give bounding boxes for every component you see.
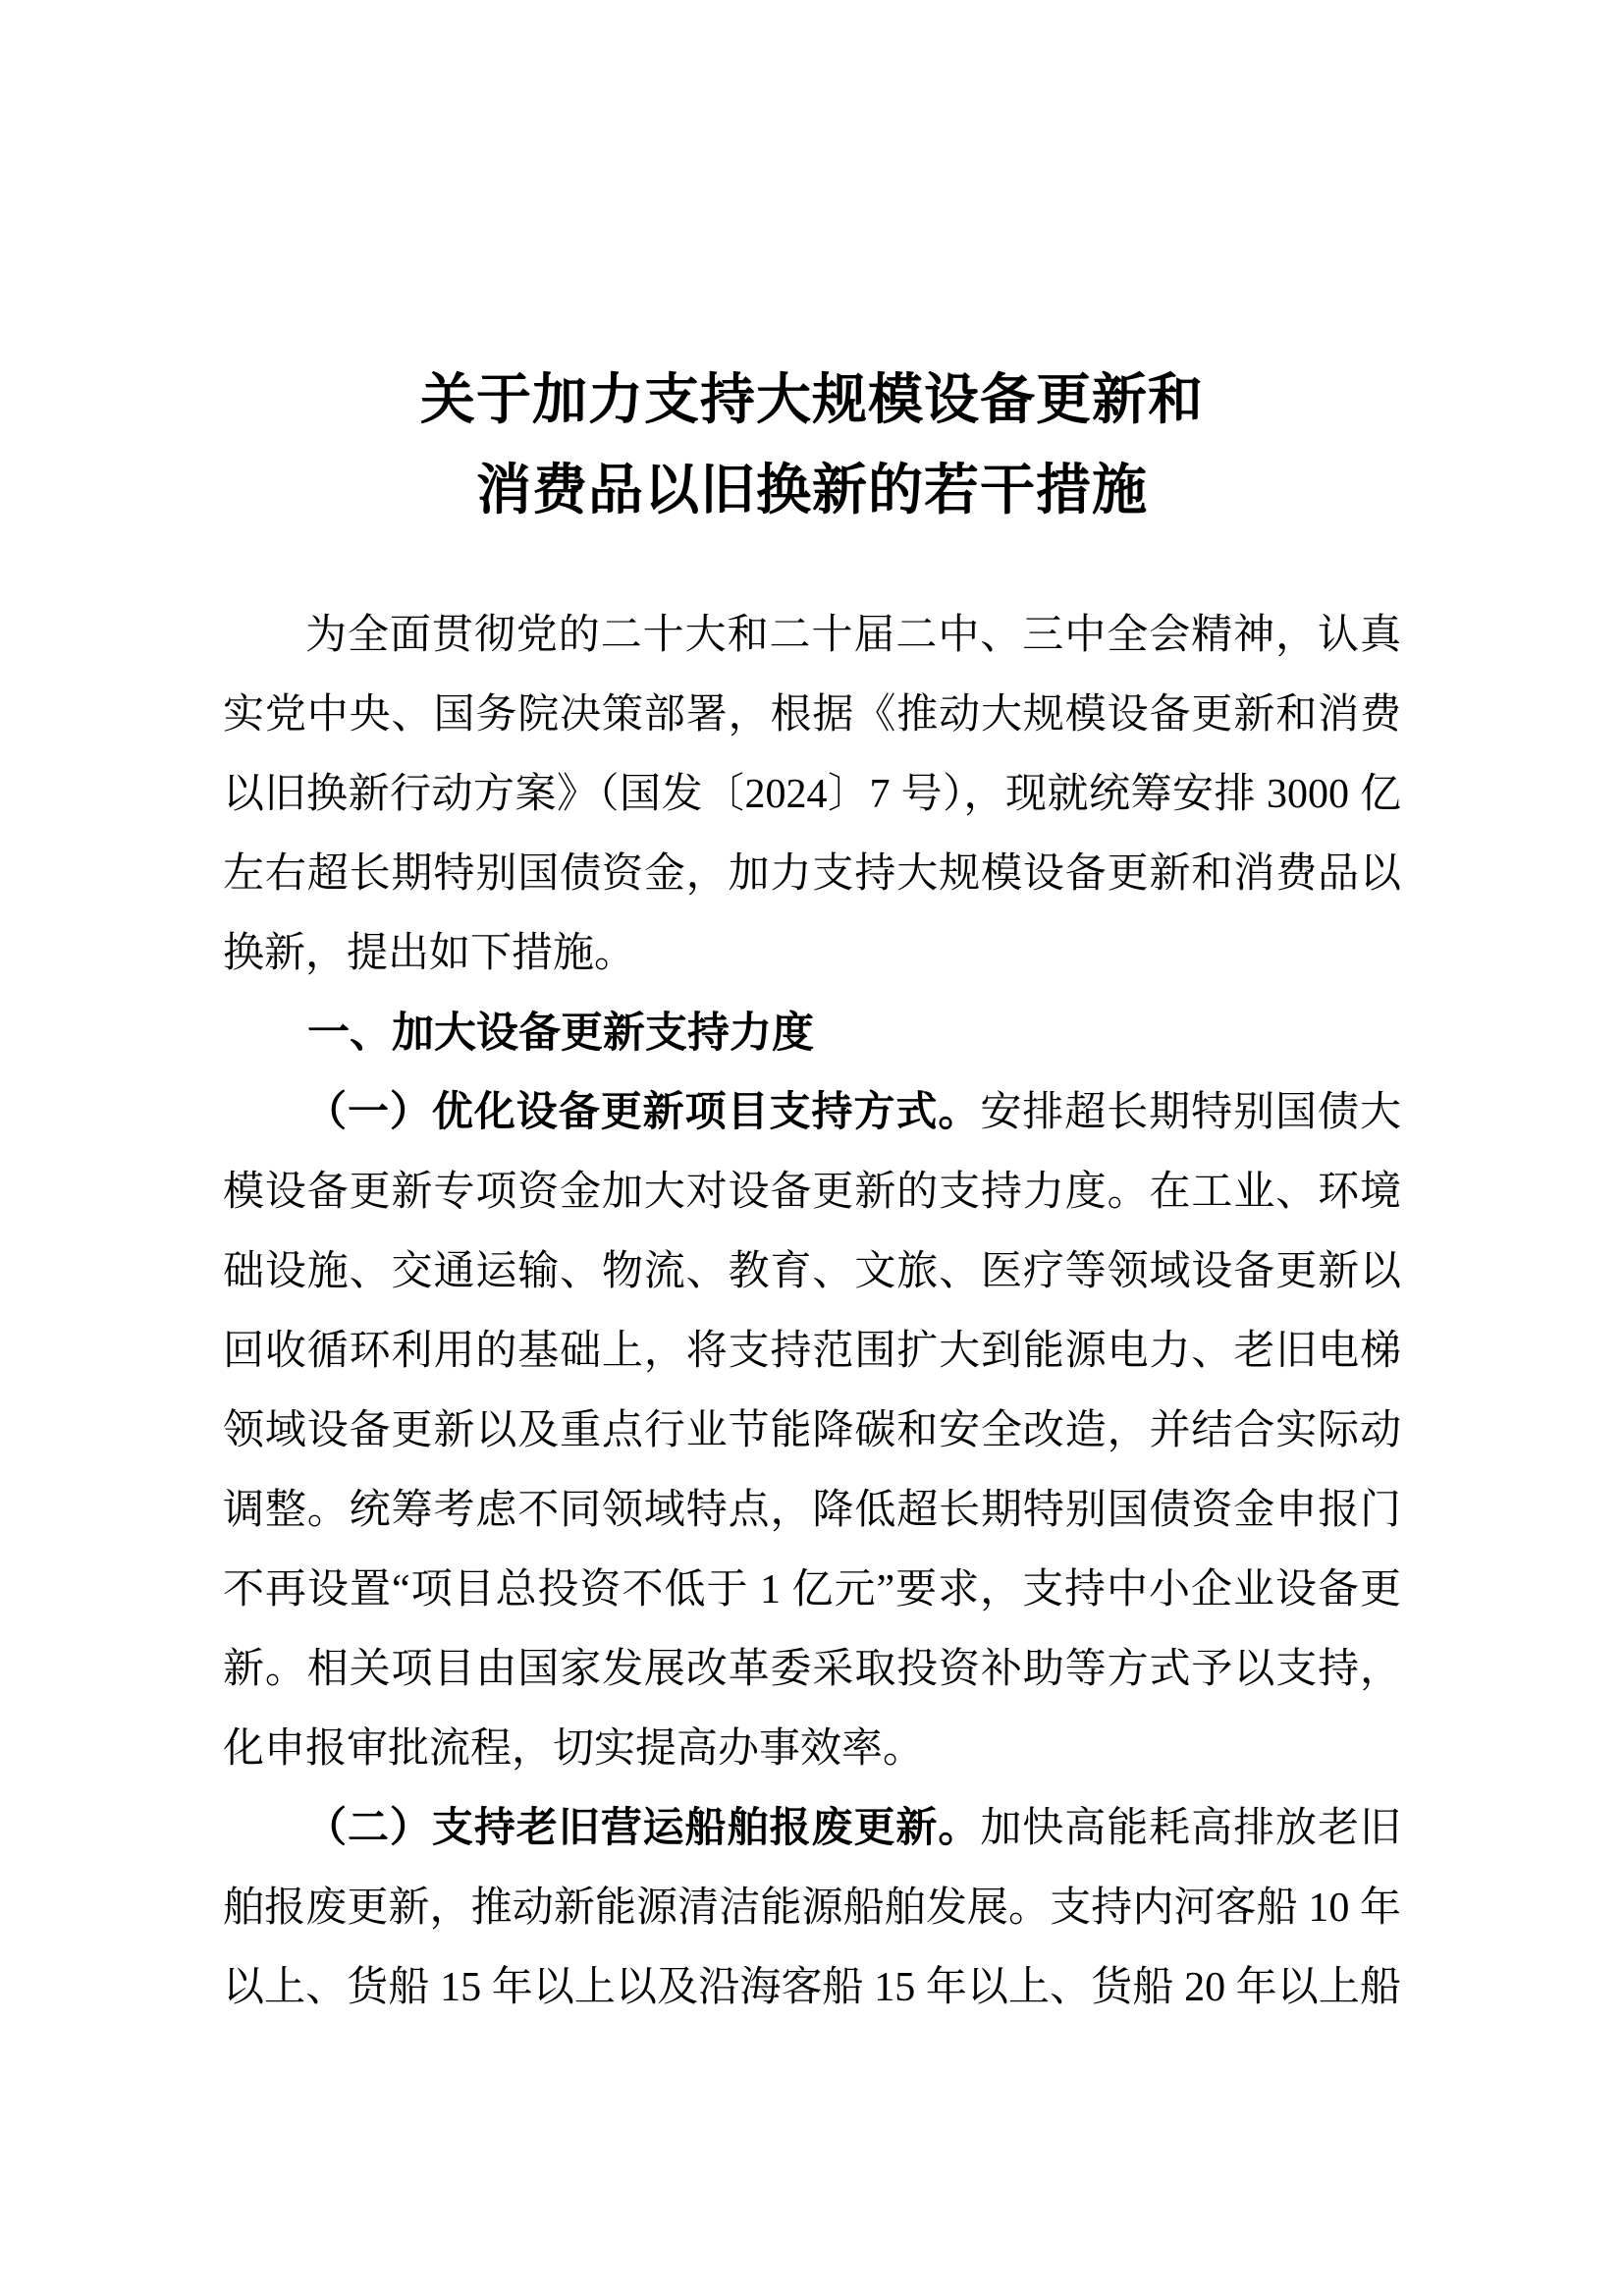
document-body: 为全面贯彻党的二十大和二十届二中、三中全会精神，认真落 实党中央、国务院决策部署… — [223, 596, 1401, 2028]
item1-paragraph-line: 新。相关项目由国家发展改革委采取投资补助等方式予以支持，简 — [223, 1630, 1401, 1710]
document-title: 关于加力支持大规模设备更新和 消费品以旧换新的若干措施 — [223, 355, 1401, 536]
item2-paragraph-line: 以上、货船 15 年以上以及沿海客船 15 年以上、货船 20 年以上船 — [223, 1948, 1401, 2028]
document-content: 关于加力支持大规模设备更新和 消费品以旧换新的若干措施 为全面贯彻党的二十大和二… — [223, 355, 1401, 2028]
item1-paragraph-line: 化申报审批流程，切实提高办事效率。 — [223, 1710, 1401, 1789]
intro-paragraph-line: 换新，提出如下措施。 — [223, 914, 1401, 994]
document-page: 关于加力支持大规模设备更新和 消费品以旧换新的若干措施 为全面贯彻党的二十大和二… — [0, 0, 1623, 2296]
intro-paragraph-line: 以旧换新行动方案》（国发〔2024〕7 号），现就统筹安排 3000 亿元 — [223, 755, 1401, 835]
item1-paragraph-line: 回收循环利用的基础上，将支持范围扩大到能源电力、老旧电梯等 — [223, 1312, 1401, 1392]
item1-paragraph-line: 模设备更新专项资金加大对设备更新的支持力度。在工业、环境基 — [223, 1153, 1401, 1232]
intro-paragraph-line: 实党中央、国务院决策部署，根据《推动大规模设备更新和消费品 — [223, 676, 1401, 755]
intro-paragraph-line: 左右超长期特别国债资金，加力支持大规模设备更新和消费品以旧 — [223, 835, 1401, 914]
item1-lead-phrase: （一）优化设备更新项目支持方式。 — [305, 1090, 980, 1135]
section-heading: 一、加大设备更新支持力度 — [223, 994, 1401, 1073]
item1-paragraph-line: 不再设置“项目总投资不低于 1 亿元”要求，支持中小企业设备更 — [223, 1551, 1401, 1630]
item1-paragraph-line: 领域设备更新以及重点行业节能降碳和安全改造，并结合实际动态 — [223, 1392, 1401, 1471]
document-title-line-1: 关于加力支持大规模设备更新和 — [223, 355, 1401, 446]
item1-paragraph-line: 础设施、交通运输、物流、教育、文旅、医疗等领域设备更新以及 — [223, 1232, 1401, 1312]
intro-paragraph-line: 为全面贯彻党的二十大和二十届二中、三中全会精神，认真落 — [223, 596, 1401, 676]
document-title-line-2: 消费品以旧换新的若干措施 — [223, 446, 1401, 536]
item1-paragraph-line: （一）优化设备更新项目支持方式。安排超长期特别国债大规 — [223, 1073, 1401, 1153]
item1-paragraph-line: 调整。统筹考虑不同领域特点，降低超长期特别国债资金申报门槛， — [223, 1471, 1401, 1551]
item2-paragraph-line: （二）支持老旧营运船舶报废更新。加快高能耗高排放老旧船 — [223, 1789, 1401, 1869]
item2-lead-phrase: （二）支持老旧营运船舶报废更新。 — [305, 1806, 980, 1851]
item2-paragraph-line: 舶报废更新，推动新能源清洁能源船舶发展。支持内河客船 10 年 — [223, 1869, 1401, 1948]
